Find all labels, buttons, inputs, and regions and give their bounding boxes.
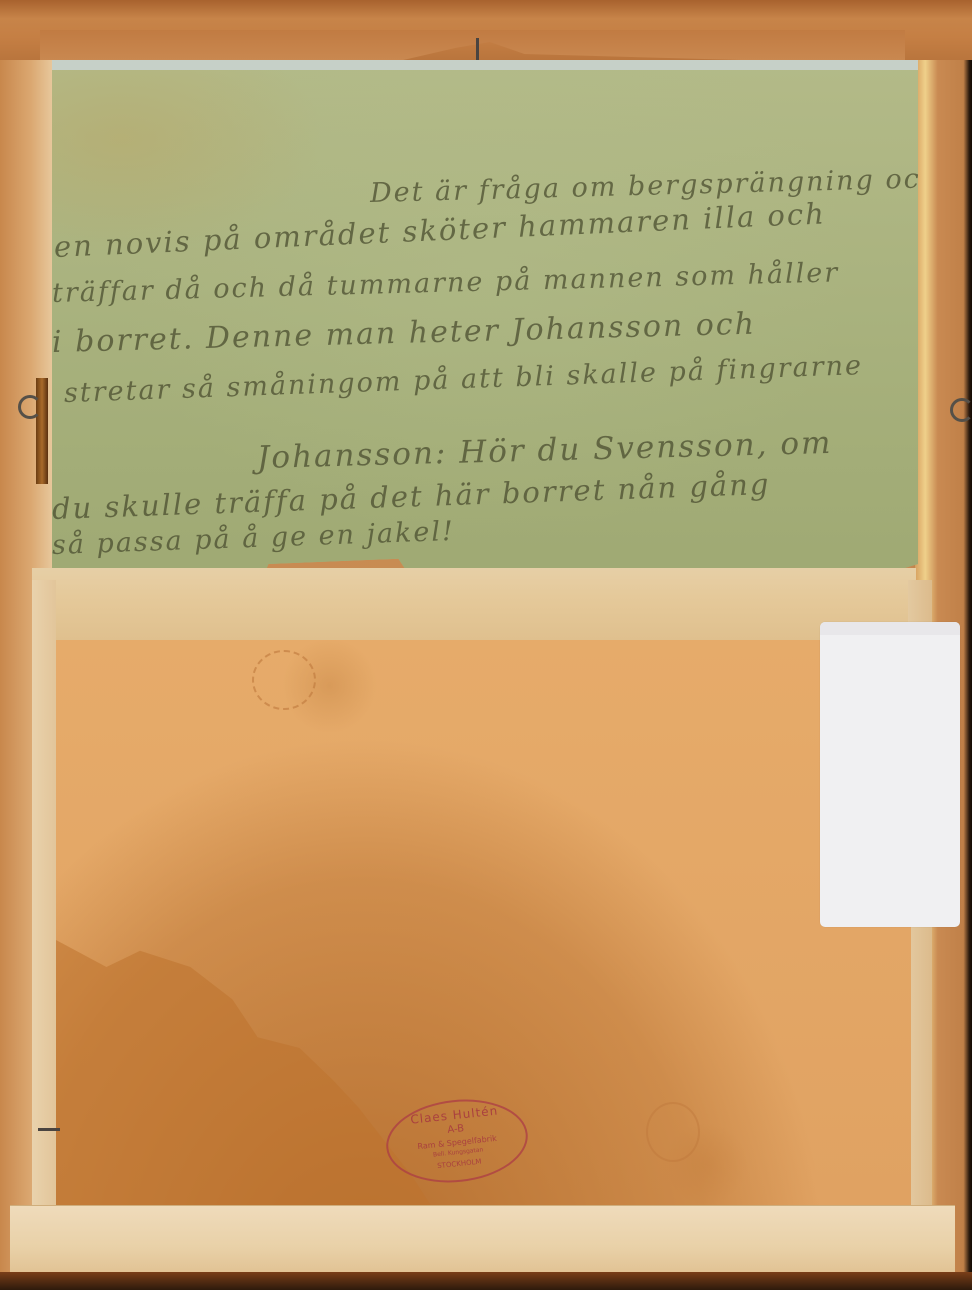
note-line: träffar då och då tummarne på mannen som… — [52, 257, 840, 309]
left-tape-strip — [32, 580, 56, 1220]
stain-spot — [252, 650, 316, 710]
frame-bottom-rail — [0, 1272, 972, 1290]
hanging-hook-icon — [18, 395, 42, 419]
note-line: stretar så småningom på att bli skalle p… — [63, 350, 863, 409]
backing-board: Claes Hultén A-B Ram & Spegelfabrik Bell… — [56, 640, 911, 1210]
overlay-panel-header — [820, 622, 960, 635]
nail-icon — [476, 38, 479, 62]
bottom-tape-strip — [10, 1205, 955, 1274]
blank-overlay-panel — [820, 622, 960, 927]
hanging-hook-icon — [950, 398, 972, 422]
nail-icon — [38, 1128, 60, 1131]
hanging-bracket — [36, 378, 48, 484]
ring-stain — [646, 1102, 700, 1162]
note-line: i borret. Denne man heter Johansson och — [52, 307, 757, 360]
handwritten-note: Det är fråga om bergsprängning och en no… — [52, 60, 918, 585]
note-line: Det är fråga om bergsprängning och — [370, 163, 941, 209]
mat-tape-strip — [32, 568, 916, 641]
handwritten-note-sheet: Det är fråga om bergsprängning och en no… — [52, 60, 918, 585]
